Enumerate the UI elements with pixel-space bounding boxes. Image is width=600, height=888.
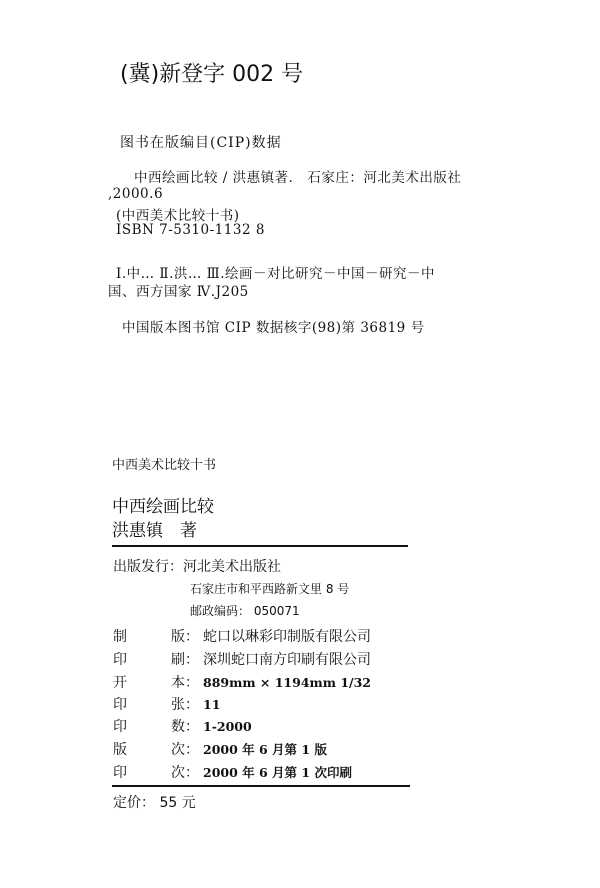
book-title: 中西绘画比较 xyxy=(112,492,214,517)
cip-isbn: ISBN 7-5310-1132 8 xyxy=(116,222,265,238)
publisher-label: 出版发行： xyxy=(113,559,183,575)
publisher-row: 出版发行：河北美术出版社 xyxy=(113,556,281,576)
colophon-row: 版次：2000 年 6 月第 1 版 xyxy=(113,739,327,759)
cip-line-1: 中西绘画比较 / 洪惠镇著． 石家庄：河北美术出版社 xyxy=(134,166,461,186)
colophon-row: 印数：1-2000 xyxy=(113,716,252,736)
cip-approval: 中国版本图书馆 CIP 数据核字(98)第 36819 号 xyxy=(122,316,425,336)
price: 定价： 55 元 xyxy=(113,792,196,812)
colophon-row: 印张：11 xyxy=(113,694,220,714)
colophon-row: 开本：889mm × 1194mm 1/32 xyxy=(113,672,371,692)
cip-heading: 图书在版编目(CIP)数据 xyxy=(120,132,282,152)
publisher-name: 河北美术出版社 xyxy=(183,559,281,575)
registration-number: (冀)新登字 002 号 xyxy=(120,57,303,88)
publisher-address: 石家庄市和平西路新文里 8 号 xyxy=(190,580,349,597)
series-name: 中西美术比较十书 xyxy=(112,454,216,473)
cip-subject-2: 国、西方国家 Ⅳ.J205 xyxy=(108,280,249,300)
book-author: 洪惠镇 著 xyxy=(112,516,197,541)
top-divider xyxy=(112,545,408,547)
colophon-row: 印次：2000 年 6 月第 1 次印刷 xyxy=(113,762,352,782)
cip-line-2: ,2000.6 xyxy=(108,186,163,202)
colophon-row: 印刷：深圳蛇口南方印刷有限公司 xyxy=(113,649,371,669)
postcode: 邮政编码： 050071 xyxy=(190,602,300,619)
bottom-divider xyxy=(112,785,410,787)
cip-subject-1: Ⅰ.中… Ⅱ.洪… Ⅲ.绘画－对比研究－中国－研究－中 xyxy=(116,262,435,282)
cip-line-3: (中西美术比较十书) xyxy=(116,204,240,224)
colophon-row: 制版：蛇口以琳彩印制版有限公司 xyxy=(113,626,371,646)
